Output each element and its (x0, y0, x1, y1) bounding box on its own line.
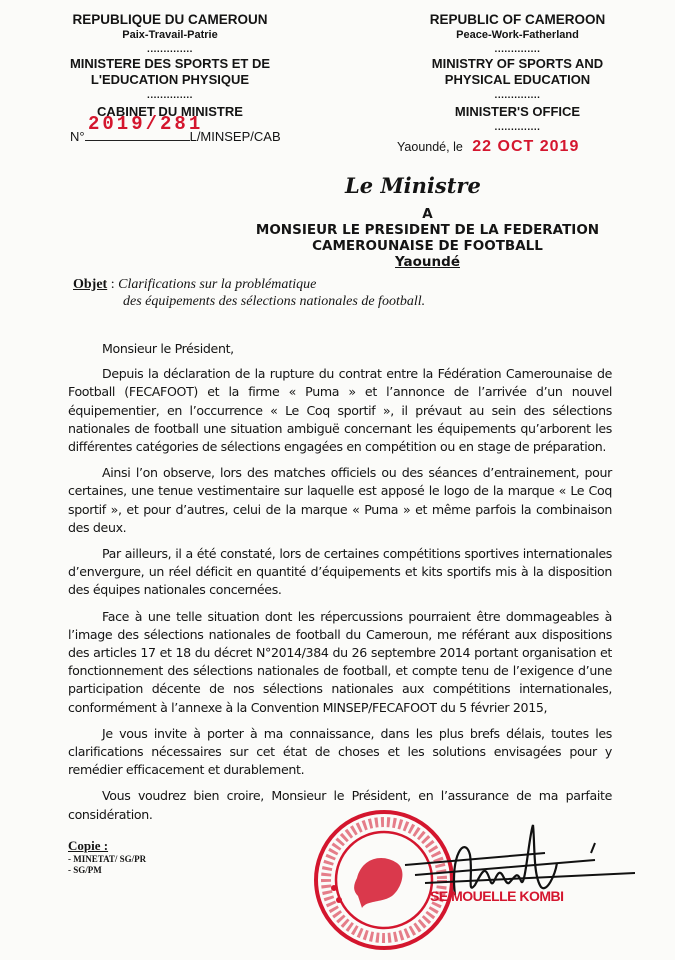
motto-en: Peace-Work-Fatherland (400, 28, 635, 42)
addressee-line-1: MONSIEUR LE PRESIDENT DE LA FEDERATION (240, 222, 615, 238)
date-place: Yaoundé, le (397, 140, 463, 154)
copies-block: Copie : - MINETAT/ SG/PR - SG/PM (68, 838, 146, 876)
letter-page: REPUBLIQUE DU CAMEROUN Paix-Travail-Patr… (0, 0, 675, 960)
ministry-name-en-1: MINISTRY OF SPORTS AND (400, 56, 635, 72)
header-right-english: REPUBLIC OF CAMEROON Peace-Work-Fatherla… (400, 12, 635, 134)
divider-dots: .............. (400, 90, 635, 102)
date-stamp: 22 OCT 2019 (472, 138, 579, 155)
subject-block: Objet : Clarifications sur la problémati… (73, 276, 425, 310)
body-paragraph: Je vous invite à porter à ma connaissanc… (68, 725, 612, 780)
addressee-to: A (240, 206, 615, 222)
body-paragraph: Par ailleurs, il a été constaté, lors de… (68, 545, 612, 600)
ministry-name-fr-2: L'EDUCATION PHYSIQUE (40, 72, 300, 88)
divider-dots: .............. (40, 44, 300, 56)
header-left-french: REPUBLIQUE DU CAMEROUN Paix-Travail-Patr… (40, 12, 300, 120)
signatory-name: SE MOUELLE KOMBI (430, 888, 564, 904)
reference-prefix: N° (70, 129, 85, 144)
ministry-name-fr-1: MINISTERE DES SPORTS ET DE (40, 56, 300, 72)
reference-blank (85, 128, 190, 141)
sender-title: Le Ministre (345, 173, 481, 198)
divider-dots: .............. (400, 44, 635, 56)
country-name-fr: REPUBLIQUE DU CAMEROUN (40, 12, 300, 28)
salutation: Monsieur le Président, (68, 340, 612, 358)
subject-line-1: Clarifications sur la problématique (118, 277, 316, 292)
date-line: Yaoundé, le 22 OCT 2019 (397, 138, 579, 156)
addressee-block: A MONSIEUR LE PRESIDENT DE LA FEDERATION… (240, 206, 615, 270)
divider-dots: .............. (400, 122, 635, 134)
copy-recipient: - MINETAT/ SG/PR (68, 854, 146, 865)
reference-line: N°L/MINSEP/CAB (70, 128, 281, 144)
divider-dots: .............. (40, 90, 300, 102)
letter-body: Monsieur le Président, Depuis la déclara… (68, 340, 612, 832)
addressee-city: Yaoundé (240, 254, 615, 270)
body-paragraph: Depuis la déclaration de la rupture du c… (68, 365, 612, 456)
subject-line-2: des équipements des sélections nationale… (73, 293, 425, 310)
subject-label: Objet (73, 277, 107, 292)
motto-fr: Paix-Travail-Patrie (40, 28, 300, 42)
country-name-en: REPUBLIC OF CAMEROON (400, 12, 635, 28)
copy-recipient: - SG/PM (68, 865, 146, 876)
body-paragraph: Ainsi l’on observe, lors des matches off… (68, 464, 612, 537)
office-name-en: MINISTER'S OFFICE (400, 104, 635, 120)
ministry-name-en-2: PHYSICAL EDUCATION (400, 72, 635, 88)
subject-separator: : (107, 277, 118, 292)
body-paragraph: Face à une telle situation dont les répe… (68, 608, 612, 717)
copies-label: Copie : (68, 838, 146, 854)
reference-suffix: L/MINSEP/CAB (190, 129, 281, 144)
addressee-line-2: CAMEROUNAISE DE FOOTBALL (240, 238, 615, 254)
